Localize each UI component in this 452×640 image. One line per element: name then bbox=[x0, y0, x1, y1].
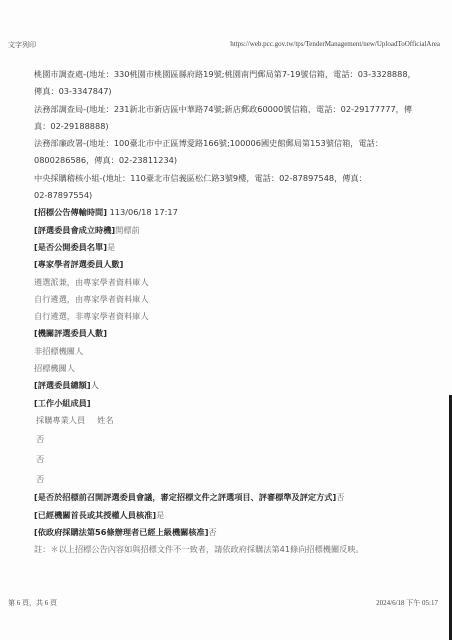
workgroup-row: 否 bbox=[34, 449, 424, 469]
announcement-content: 桃園市調查處-(地址：330桃園市桃園區縣府路19號;桃園南門郵局第7-19號信… bbox=[34, 66, 424, 558]
art56-row: [依政府採購法第56條辦理者已經上級機關核准]否 bbox=[34, 524, 424, 541]
expert-item: 遴選派兼，由專家學者資料庫人 bbox=[34, 274, 424, 291]
field-label: [是否公開委員名單] bbox=[34, 242, 107, 252]
field-label: [依政府採購法第56條辦理者已經上級機關核准] bbox=[34, 527, 208, 537]
print-header-url: https://web.pcc.gov.tw/tps/TenderManagem… bbox=[230, 40, 440, 48]
announce-time-row: [招標公告傳輸時間] 113/06/18 17:17 bbox=[34, 204, 424, 221]
agency-contact: 中央採購稽核小組-(地址：110臺北市信義區松仁路3號9樓，電話：02-8789… bbox=[34, 170, 424, 205]
expert-item: 自行遴選，由專家學者資料庫人 bbox=[34, 291, 424, 308]
pre-meeting-row: [是否於招標前召開評選委員會議，審定招標文件之評選項目、評審標準及評定方式]否 bbox=[34, 489, 424, 506]
workgroup-table-header: 採購專業人員姓名 bbox=[34, 412, 424, 429]
field-label: [已經機關首長或其授權人員核准] bbox=[34, 510, 156, 520]
print-timestamp: 2024/6/18 下午 05:17 bbox=[376, 598, 438, 608]
agency-contact: 法務部廉政署-(地址：100臺北市中正區博愛路166號;100006國史館郵局第… bbox=[34, 135, 424, 170]
agency-line: 法務部調查局-(地址：231新北市新店區中華路74號;新店郵政60000號信箱，… bbox=[34, 101, 424, 118]
field-value: 否 bbox=[336, 492, 344, 502]
workgroup-col-role: 採購專業人員 bbox=[36, 415, 85, 425]
workgroup-heading: [工作小組成員] bbox=[34, 395, 424, 412]
field-label: [招標公告傳輸時間] bbox=[34, 207, 107, 217]
field-value: 開標前 bbox=[115, 225, 140, 235]
agency-line: 真：02-29188888) bbox=[34, 118, 424, 135]
agency-line: 傳真：03-3347847) bbox=[34, 83, 424, 100]
agency-count-heading: [機關評選委員人數] bbox=[34, 325, 424, 342]
agency-item: 招標機關人 bbox=[34, 360, 424, 377]
workgroup-row: 否 bbox=[34, 469, 424, 489]
approved-row: [已經機關首長或其授權人員核准]是 bbox=[34, 507, 424, 524]
field-value: 否 bbox=[208, 527, 216, 537]
note: 註：＊以上招標公告內容如與招標文件不一致者，請依政府採購法第41條向招標機關反映… bbox=[34, 541, 424, 558]
field-value: 是 bbox=[156, 510, 164, 520]
agency-contact: 法務部調查局-(地址：231新北市新店區中華路74號;新店郵政60000號信箱，… bbox=[34, 101, 424, 136]
agency-line: 法務部廉政署-(地址：100臺北市中正區博愛路166號;100006國史館郵局第… bbox=[34, 135, 424, 152]
workgroup-col-name: 姓名 bbox=[97, 415, 113, 425]
committee-time-row: [評選委員會成立時機]開標前 bbox=[34, 222, 424, 239]
field-value: 113/06/18 17:17 bbox=[110, 207, 178, 217]
workgroup-row: 否 bbox=[34, 429, 424, 449]
agency-contact: 桃園市調查處-(地址：330桃園市桃園區縣府路19號;桃園南門郵局第7-19號信… bbox=[34, 66, 424, 101]
field-value: 是 bbox=[107, 242, 115, 252]
agency-line: 02-87897554) bbox=[34, 187, 424, 204]
print-header-title: 文字列印 bbox=[8, 40, 36, 50]
agency-line: 0800286586，傳真：02-23811234) bbox=[34, 152, 424, 169]
field-label: [評選委員總額] bbox=[34, 380, 91, 390]
public-list-row: [是否公開委員名單]是 bbox=[34, 239, 424, 256]
agency-line: 中央採購稽核小組-(地址：110臺北市信義區松仁路3號9樓，電話：02-8789… bbox=[34, 170, 424, 187]
expert-item: 自行遴選，非專家學者資料庫人 bbox=[34, 308, 424, 325]
agency-line: 桃園市調查處-(地址：330桃園市桃園區縣府路19號;桃園南門郵局第7-19號信… bbox=[34, 66, 424, 83]
total-row: [評選委員總額]人 bbox=[34, 377, 424, 394]
field-label: [是否於招標前召開評選委員會議，審定招標文件之評選項目、評審標準及評定方式] bbox=[34, 492, 336, 502]
document-page: 文字列印 https://web.pcc.gov.tw/tps/TenderMa… bbox=[0, 0, 452, 640]
agency-item: 非招標機關人 bbox=[34, 343, 424, 360]
expert-count-heading: [專家學者評選委員人數] bbox=[34, 256, 424, 273]
field-value: 人 bbox=[91, 380, 99, 390]
field-label: [評選委員會成立時機] bbox=[34, 225, 115, 235]
page-number: 第 6 頁，共 6 頁 bbox=[8, 598, 57, 608]
